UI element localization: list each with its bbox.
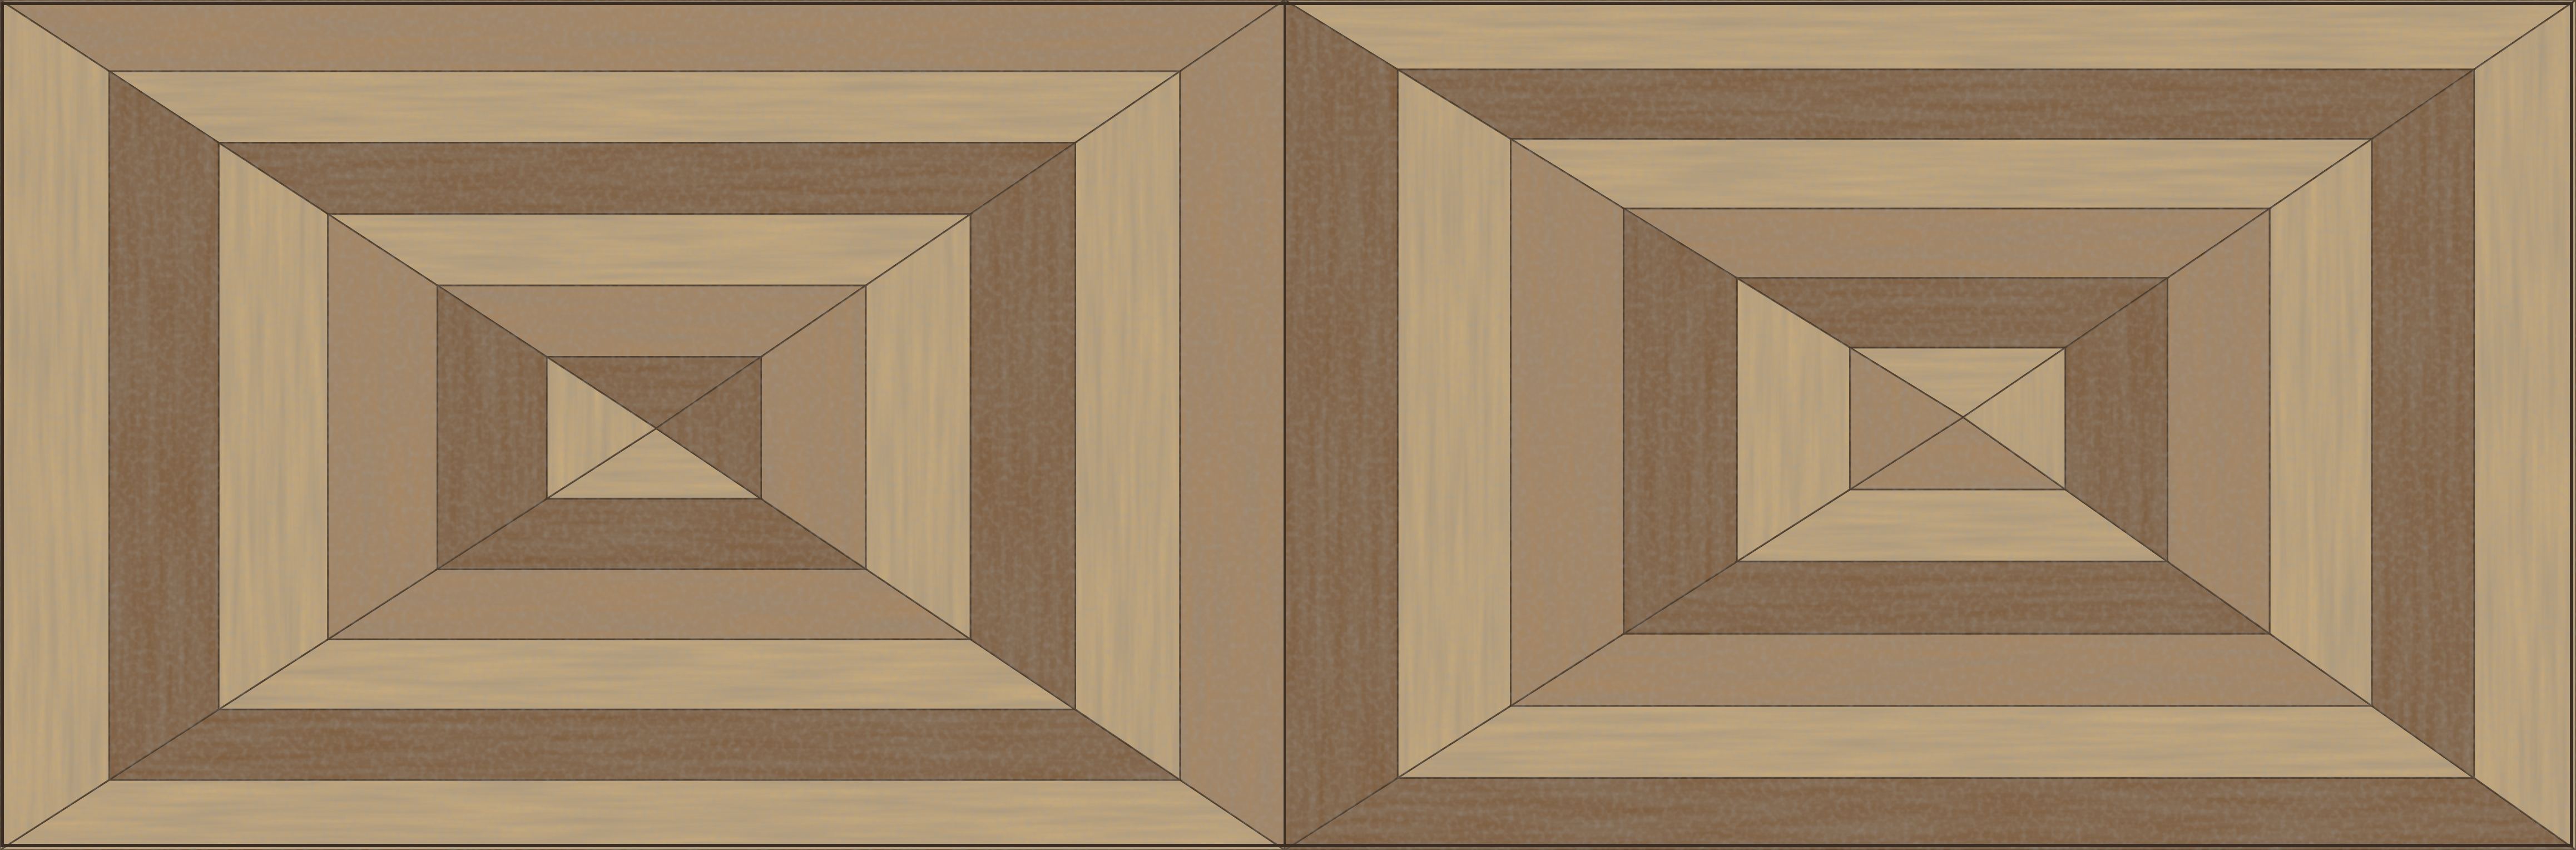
parquet-panel-artwork bbox=[0, 0, 2576, 850]
weathering-overlay bbox=[0, 0, 2576, 850]
wood-parquet-photo bbox=[0, 0, 2576, 850]
